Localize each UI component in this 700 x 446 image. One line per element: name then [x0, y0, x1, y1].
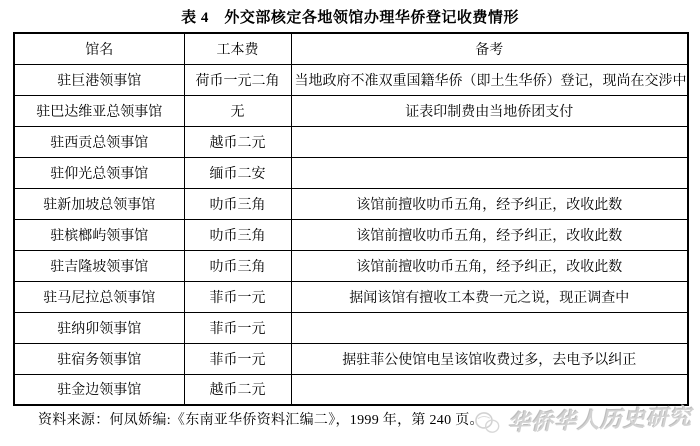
consulate-cell: 驻马尼拉总领事馆 [14, 281, 184, 312]
table-row: 驻纳卯领事馆菲币一元 [14, 312, 688, 343]
table-title: 表 4 外交部核定各地领馆办理华侨登记收费情形 [0, 6, 700, 27]
header-consulate: 馆名 [14, 33, 184, 64]
fee-cell: 叻币三角 [184, 188, 291, 219]
table-row: 驻金边领事馆越币二元 [14, 374, 688, 405]
table-row: 驻仰光总领事馆缅币二安 [14, 157, 688, 188]
header-fee: 工本费 [184, 33, 291, 64]
consulate-cell: 驻西贡总领事馆 [14, 126, 184, 157]
fee-cell: 菲币一元 [184, 281, 291, 312]
consulate-cell: 驻纳卯领事馆 [14, 312, 184, 343]
remark-cell: 该馆前擅收叻币五角，经予纠正，改收此数 [291, 188, 688, 219]
consulate-cell: 驻仰光总领事馆 [14, 157, 184, 188]
watermark-logo-icon [474, 409, 505, 436]
remark-cell [291, 126, 688, 157]
consulate-cell: 驻宿务领事馆 [14, 343, 184, 374]
consulate-cell: 驻巴达维亚总领事馆 [14, 95, 184, 126]
watermark: 华侨华人历史研究 [474, 400, 693, 439]
fee-cell: 菲币一元 [184, 312, 291, 343]
remark-cell: 当地政府不准双重国籍华侨（即土生华侨）登记，现尚在交涉中 [291, 64, 688, 95]
remark-cell: 证表印制费由当地侨团支付 [291, 95, 688, 126]
fee-cell: 叻币三角 [184, 250, 291, 281]
header-row: 馆名 工本费 备考 [14, 33, 688, 64]
table-row: 驻马尼拉总领事馆菲币一元据闻该馆有擅收工本费一元之说，现正调查中 [14, 281, 688, 312]
consulate-cell: 驻金边领事馆 [14, 374, 184, 405]
fees-table: 馆名 工本费 备考 驻巨港领事馆荷币一元二角当地政府不准双重国籍华侨（即土生华侨… [13, 32, 689, 406]
table-row: 驻吉隆坡领事馆叻币三角该馆前擅收叻币五角，经予纠正，改收此数 [14, 250, 688, 281]
header-remark: 备考 [291, 33, 688, 64]
fee-cell: 荷币一元二角 [184, 64, 291, 95]
table-row: 驻巨港领事馆荷币一元二角当地政府不准双重国籍华侨（即土生华侨）登记，现尚在交涉中 [14, 64, 688, 95]
fee-cell: 越币二元 [184, 374, 291, 405]
table-row: 驻宿务领事馆菲币一元据驻菲公使馆电呈该馆收费过多，去电予以纠正 [14, 343, 688, 374]
remark-cell: 该馆前擅收叻币五角，经予纠正，改收此数 [291, 250, 688, 281]
fee-cell: 无 [184, 95, 291, 126]
table-row: 驻槟榔屿领事馆叻币三角该馆前擅收叻币五角，经予纠正，改收此数 [14, 219, 688, 250]
table-row: 驻新加坡总领事馆叻币三角该馆前擅收叻币五角，经予纠正，改收此数 [14, 188, 688, 219]
watermark-text: 华侨华人历史研究 [507, 400, 692, 437]
remark-cell [291, 374, 688, 405]
remark-cell [291, 312, 688, 343]
consulate-cell: 驻吉隆坡领事馆 [14, 250, 184, 281]
consulate-cell: 驻槟榔屿领事馆 [14, 219, 184, 250]
table-row: 驻西贡总领事馆越币二元 [14, 126, 688, 157]
consulate-cell: 驻巨港领事馆 [14, 64, 184, 95]
fee-cell: 菲币一元 [184, 343, 291, 374]
fee-cell: 叻币三角 [184, 219, 291, 250]
source-note: 资料来源：何凤娇编:《东南亚华侨资料汇编二》，1999 年，第 240 页。 [38, 409, 484, 429]
fee-cell: 越币二元 [184, 126, 291, 157]
remark-cell: 该馆前擅收叻币五角，经予纠正，改收此数 [291, 219, 688, 250]
remark-cell: 据闻该馆有擅收工本费一元之说，现正调查中 [291, 281, 688, 312]
remark-cell: 据驻菲公使馆电呈该馆收费过多，去电予以纠正 [291, 343, 688, 374]
table-row: 驻巴达维亚总领事馆无证表印制费由当地侨团支付 [14, 95, 688, 126]
document-page: 表 4 外交部核定各地领馆办理华侨登记收费情形 馆名 工本费 备考 驻巨港领事馆… [0, 0, 700, 446]
consulate-cell: 驻新加坡总领事馆 [14, 188, 184, 219]
remark-cell [291, 157, 688, 188]
fee-cell: 缅币二安 [184, 157, 291, 188]
